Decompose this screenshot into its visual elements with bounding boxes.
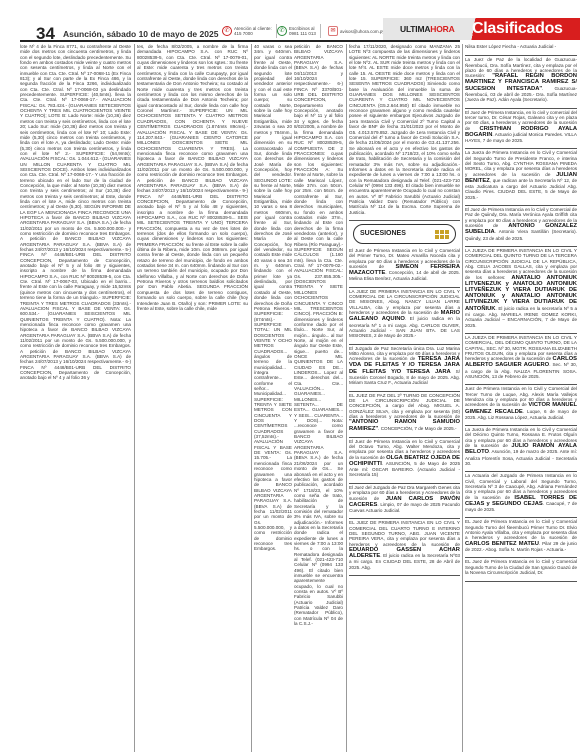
notice-end-rule	[465, 421, 577, 426]
notice-end-rule	[465, 329, 577, 334]
notice-end-rule	[465, 201, 577, 206]
notice: EL JUEZ DE PRIMERA INSTANCIA EN LO CIVIL…	[349, 520, 460, 570]
notice: EL Juez de Primera Instancia en lo Civil…	[465, 519, 577, 552]
notice: LA JUEZA DE PRIMERA INSTANCIA EN LO CIVI…	[465, 335, 577, 379]
notice-end-rule	[349, 387, 460, 392]
column-divider	[251, 44, 252, 752]
contact-email[interactable]: ✉ avisos@uhora.com.py	[328, 24, 390, 38]
notice-list: Nilsa Ester López Fiecha - Actuaria Judi…	[465, 44, 577, 582]
notice-body: EL JUEZ DE PRIMERA INSTANCIA EN LO CIVIL…	[349, 520, 460, 546]
column-4: petición de BANCO BILBAO VIZCAYA ARGENTA…	[294, 44, 343, 752]
notice-end-rule	[465, 380, 577, 385]
notice-end-rule	[465, 104, 577, 109]
notice-end-rule	[465, 553, 577, 558]
notice: El Juez de Primera Instancia, en lo civi…	[465, 110, 577, 144]
notice: LA JUEZA DE PRIMERA INSTANCIA EN LO CIVI…	[465, 248, 577, 328]
notice: El Juez de Primera Instancia en lo Civil…	[349, 248, 460, 282]
notice: El Juez de Primera Instancia en lo Civil…	[349, 439, 460, 478]
notice: Juez de Primera Instancia en lo Civil y …	[465, 386, 577, 420]
badge-label: SUCESIONES	[360, 231, 406, 236]
brand-ultima: ULTIMA	[400, 24, 430, 34]
column-6: Nilsa Ester López Fiecha - Actuaria Judi…	[465, 44, 577, 752]
notice-text: petición de BANCO BILBAO VIZCAYA ARGENTA…	[294, 44, 343, 626]
notice: La Actuaria del Juzgado de Primera Insta…	[465, 473, 577, 512]
column-5: fecha 17/11/2020, designado como MANZANA…	[349, 44, 460, 752]
notice: EL Juez de Primera Instancia en lo Civil…	[465, 559, 577, 576]
notice: El Juez del Juzgado de Paz Dra Margareth…	[349, 485, 460, 513]
notice: La Jueza de Primera Instancia en lo Civi…	[465, 427, 577, 466]
section-title: Clasificados	[472, 20, 563, 38]
notice-text: tes, de fecha 8/02/2005, a nombre de la …	[137, 44, 248, 311]
whatsapp-icon: ✆	[277, 26, 287, 36]
notice: La Juez de Paz de la localidad de Guazuc…	[465, 57, 577, 102]
notice-end-rule	[349, 340, 460, 345]
notice-end-rule	[465, 144, 577, 149]
notice-text: lote Nº 4 de la Finca 8771, su contrafre…	[20, 44, 131, 381]
notice: El Juzgado de Paz Secretaría única Dra. …	[349, 346, 460, 386]
column-2: tes, de fecha 8/02/2005, a nombre de la …	[137, 44, 248, 752]
notice-end-rule	[349, 433, 460, 438]
notice-end-rule	[349, 571, 460, 576]
notice-end-rule	[349, 216, 460, 221]
edition-date: Asunción, sábado 10 de mayo de 2025	[63, 29, 218, 39]
contact-whatsapp[interactable]: ✆ Escribinos al0981 111 013	[277, 24, 321, 38]
notice-end-rule	[465, 577, 577, 582]
notice-body: EL Juez de Primera Instancia en lo Civil…	[465, 519, 577, 540]
contact-value: avisos@uhora.com.py	[340, 29, 385, 34]
notice-end-rule	[349, 283, 460, 288]
brand-hora: HORA	[430, 24, 454, 34]
notice-body: EL Juez de Primera Instancia en lo Civil…	[465, 559, 577, 575]
page-header: 34 Asunción, sábado 10 de mayo de 2025 ✆…	[0, 0, 580, 40]
notice-end-rule	[349, 514, 460, 519]
brand-logo: ULTIMAHORA	[400, 24, 455, 34]
notice-body: EL JUEZ DE PAZ DEL 2º TURNO DE CONCEPCIÓ…	[349, 393, 460, 419]
notice-end-rule	[465, 242, 577, 247]
contact-phone[interactable]: ✆ Atención al cliente:415 7000	[222, 24, 277, 38]
notice-text: fecha 17/11/2020, designado como MANZANA…	[349, 44, 460, 215]
column-divider	[462, 44, 463, 752]
notice: LA JUEZ DE PRIMERA INSTANCIA EN LO CIVIL…	[349, 289, 460, 339]
notice-text: 40 varas o sea 34m. y 640mm. por igual c…	[254, 44, 292, 552]
notice-end-rule	[465, 51, 577, 56]
notice-signature: . CONCEPCIÓN, 7 de Mayo de 2025.-	[378, 426, 456, 431]
sucesiones-badge: SUCESIONES	[353, 224, 456, 244]
notice-end-rule	[465, 467, 577, 472]
notice-list: El Juez de Primera Instancia en lo Civil…	[349, 248, 460, 576]
column-divider	[346, 44, 347, 752]
notice-body: Nilsa Ester López Fiecha - Actuaria Judi…	[465, 44, 556, 49]
contact-value: 415 7000	[234, 31, 253, 36]
notice-end-rule	[465, 513, 577, 518]
notice: Nilsa Ester López Fiecha - Actuaria Judi…	[465, 44, 577, 50]
notice-end-rule	[349, 479, 460, 484]
header-rule	[20, 40, 460, 42]
column-divider	[134, 44, 135, 752]
column-3: 40 varas o sea 34m. y 640mm. por igual c…	[254, 44, 292, 752]
column-1: lote Nº 4 de la Finca 8771, su contrafre…	[20, 44, 131, 752]
mail-icon: ✉	[328, 26, 338, 36]
notice: El Juez de Primera Instancia en lo Civil…	[465, 207, 577, 241]
contact-value: 0981 111 013	[289, 31, 316, 36]
deceased-name: CARLOS BENITEZ MATEU	[465, 541, 539, 547]
notice: EL JUEZ DE PAZ DEL 2º TURNO DE CONCEPCIÓ…	[349, 393, 460, 432]
notice: La Jueza de Primera Instancia en lo Civi…	[465, 150, 577, 200]
family-icon	[435, 230, 449, 239]
phone-icon: ✆	[222, 26, 232, 36]
